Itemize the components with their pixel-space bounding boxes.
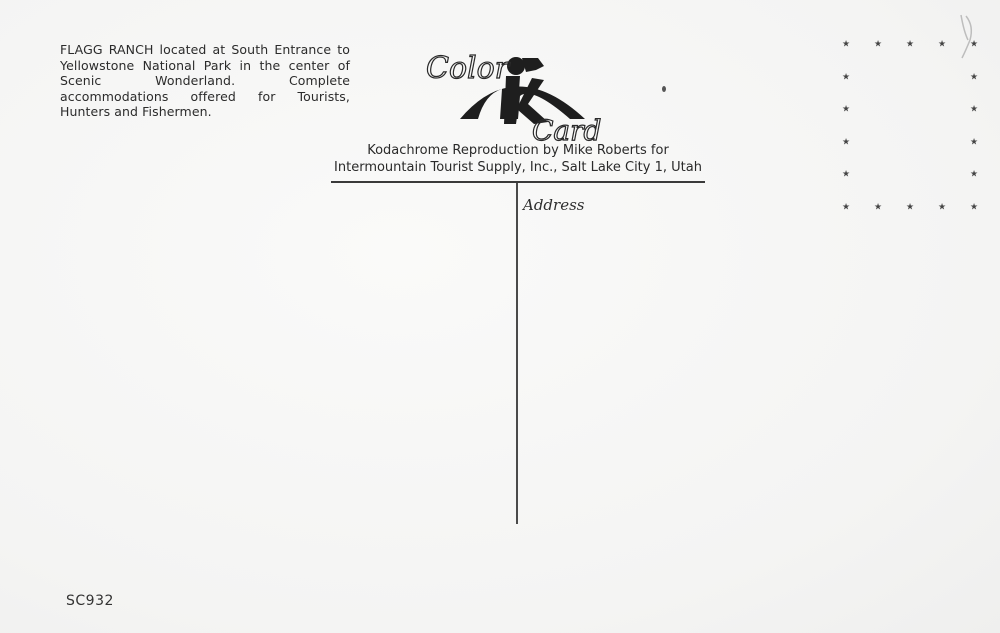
star-icon: ★ xyxy=(842,106,850,115)
star-icon: ★ xyxy=(906,41,914,50)
svg-text:Card: Card xyxy=(532,114,601,144)
star-icon: ★ xyxy=(970,138,978,147)
star-icon: ★ xyxy=(874,41,882,50)
postcard-back: FLAGG RANCH located at South Entrance to… xyxy=(0,0,1000,633)
star-icon: ★ xyxy=(970,73,978,82)
vertical-divider xyxy=(516,183,518,524)
star-icon: ★ xyxy=(970,171,978,180)
star-icon: ★ xyxy=(906,204,914,213)
postcard-description: FLAGG RANCH located at South Entrance to… xyxy=(60,42,350,120)
star-icon: ★ xyxy=(842,171,850,180)
cowboy-rider-logo-icon: Color Card xyxy=(420,44,610,144)
printer-credit: Kodachrome Reproduction by Mike Roberts … xyxy=(318,142,718,176)
pencil-mark-icon xyxy=(958,12,978,62)
card-code: SC932 xyxy=(66,593,114,609)
star-icon: ★ xyxy=(842,138,850,147)
stamp-box: ★★★★★★★★★★★★★★★★★★ xyxy=(846,45,974,208)
star-icon: ★ xyxy=(874,204,882,213)
ink-speck xyxy=(662,86,666,92)
star-icon: ★ xyxy=(970,204,978,213)
star-icon: ★ xyxy=(970,106,978,115)
star-icon: ★ xyxy=(842,41,850,50)
horizontal-divider xyxy=(331,181,705,183)
credit-line-1: Kodachrome Reproduction by Mike Roberts … xyxy=(318,142,718,159)
color-card-logo: Color Card xyxy=(420,44,610,144)
star-icon: ★ xyxy=(938,204,946,213)
svg-text:Color: Color xyxy=(426,51,511,86)
address-label: Address xyxy=(523,196,584,214)
star-icon: ★ xyxy=(938,41,946,50)
credit-line-2: Intermountain Tourist Supply, Inc., Salt… xyxy=(318,159,718,176)
star-icon: ★ xyxy=(842,204,850,213)
star-icon: ★ xyxy=(842,73,850,82)
